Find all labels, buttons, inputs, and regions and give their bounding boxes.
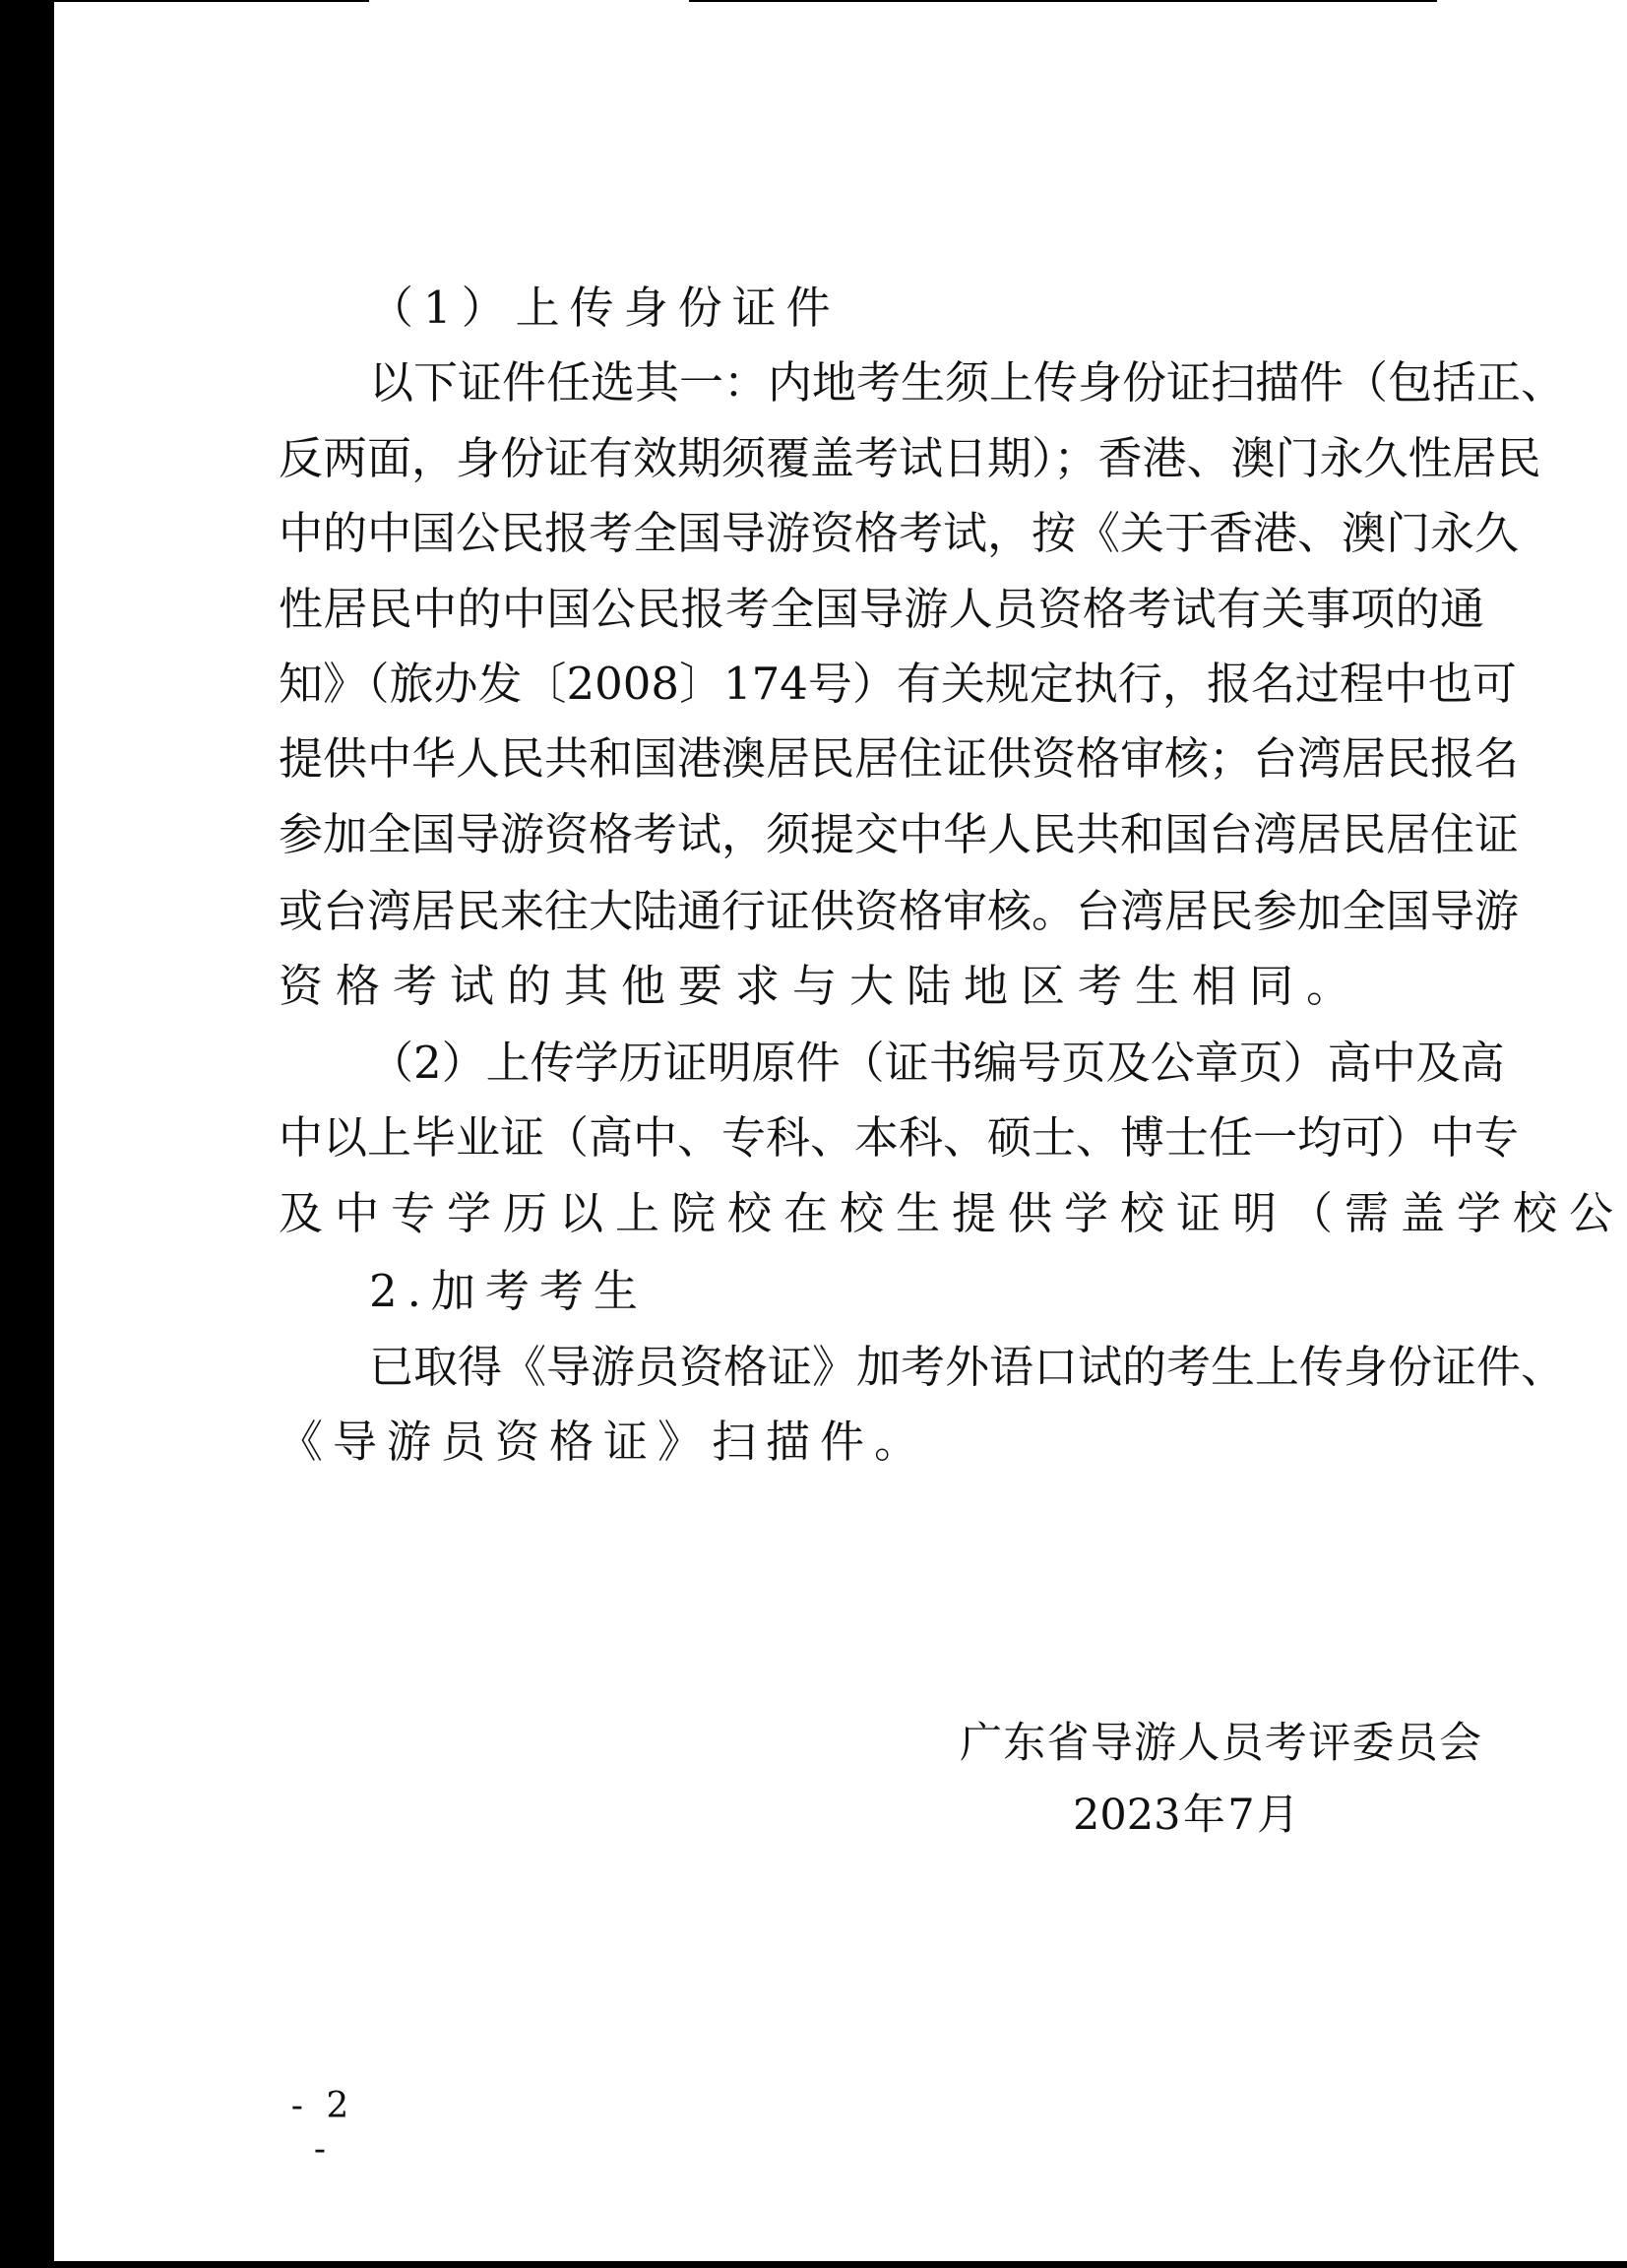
signature-organization: 广东省导游人员考评委员会 [960, 1714, 1481, 1773]
paragraph-line: 参加全国导游资格考试，须提交中华人民共和国台湾居民居住证 [279, 805, 1484, 864]
paragraph-line: 中的中国公民报考全国导游资格考试，按《关于香港、澳门永久 [279, 504, 1484, 563]
paragraph-line: 提供中华人民共和国港澳居民居住证供资格审核；台湾居民报名 [279, 729, 1484, 788]
paragraph-line: 知》（旅办发〔2008〕174号）有关规定执行，报名过程中也可 [279, 655, 1484, 714]
paragraph-line: 及中专学历以上院校在校生提供学校证明（需盖学校公章）。 [279, 1184, 1484, 1243]
scan-border-bottom [0, 2261, 1627, 2268]
scan-border-top [689, 0, 1437, 2]
scan-border-left [0, 0, 54, 2268]
subsection-heading-id-card: （1）上传身份证件 [369, 279, 1484, 338]
subsection-education-line: （2）上传学历证明原件（证书编号页及公章页）高中及高 [369, 1034, 1484, 1093]
page-number: - 2 - [274, 2085, 372, 2128]
paragraph-line: 性居民中的中国公民报考全国导游人员资格考试有关事项的通 [279, 580, 1484, 639]
paragraph-line: 中以上毕业证（高中、专科、本科、硕士、博士任一均可）中专 [279, 1108, 1484, 1167]
paragraph-line: 资格考试的其他要求与大陆地区考生相同。 [279, 957, 1484, 1016]
scan-border-top [54, 0, 369, 2]
signature-date: 2023年7月 [1073, 1786, 1299, 1845]
paragraph-line: 以下证件任选其一：内地考生须上传身份证扫描件（包括正、 [369, 353, 1484, 412]
paragraph-line: 已取得《导游员资格证》加考外语口试的考生上传身份证件、 [369, 1338, 1484, 1397]
paragraph-line: 反两面，身份证有效期须覆盖考试日期）；香港、澳门永久性居民 [279, 429, 1484, 488]
paragraph-line: 或台湾居民来往大陆通行证供资格审核。台湾居民参加全国导游 [279, 882, 1484, 941]
section-heading-additional-exam: 2.加考考生 [369, 1262, 1484, 1321]
paragraph-line: 《导游员资格证》扫描件。 [279, 1413, 1484, 1472]
